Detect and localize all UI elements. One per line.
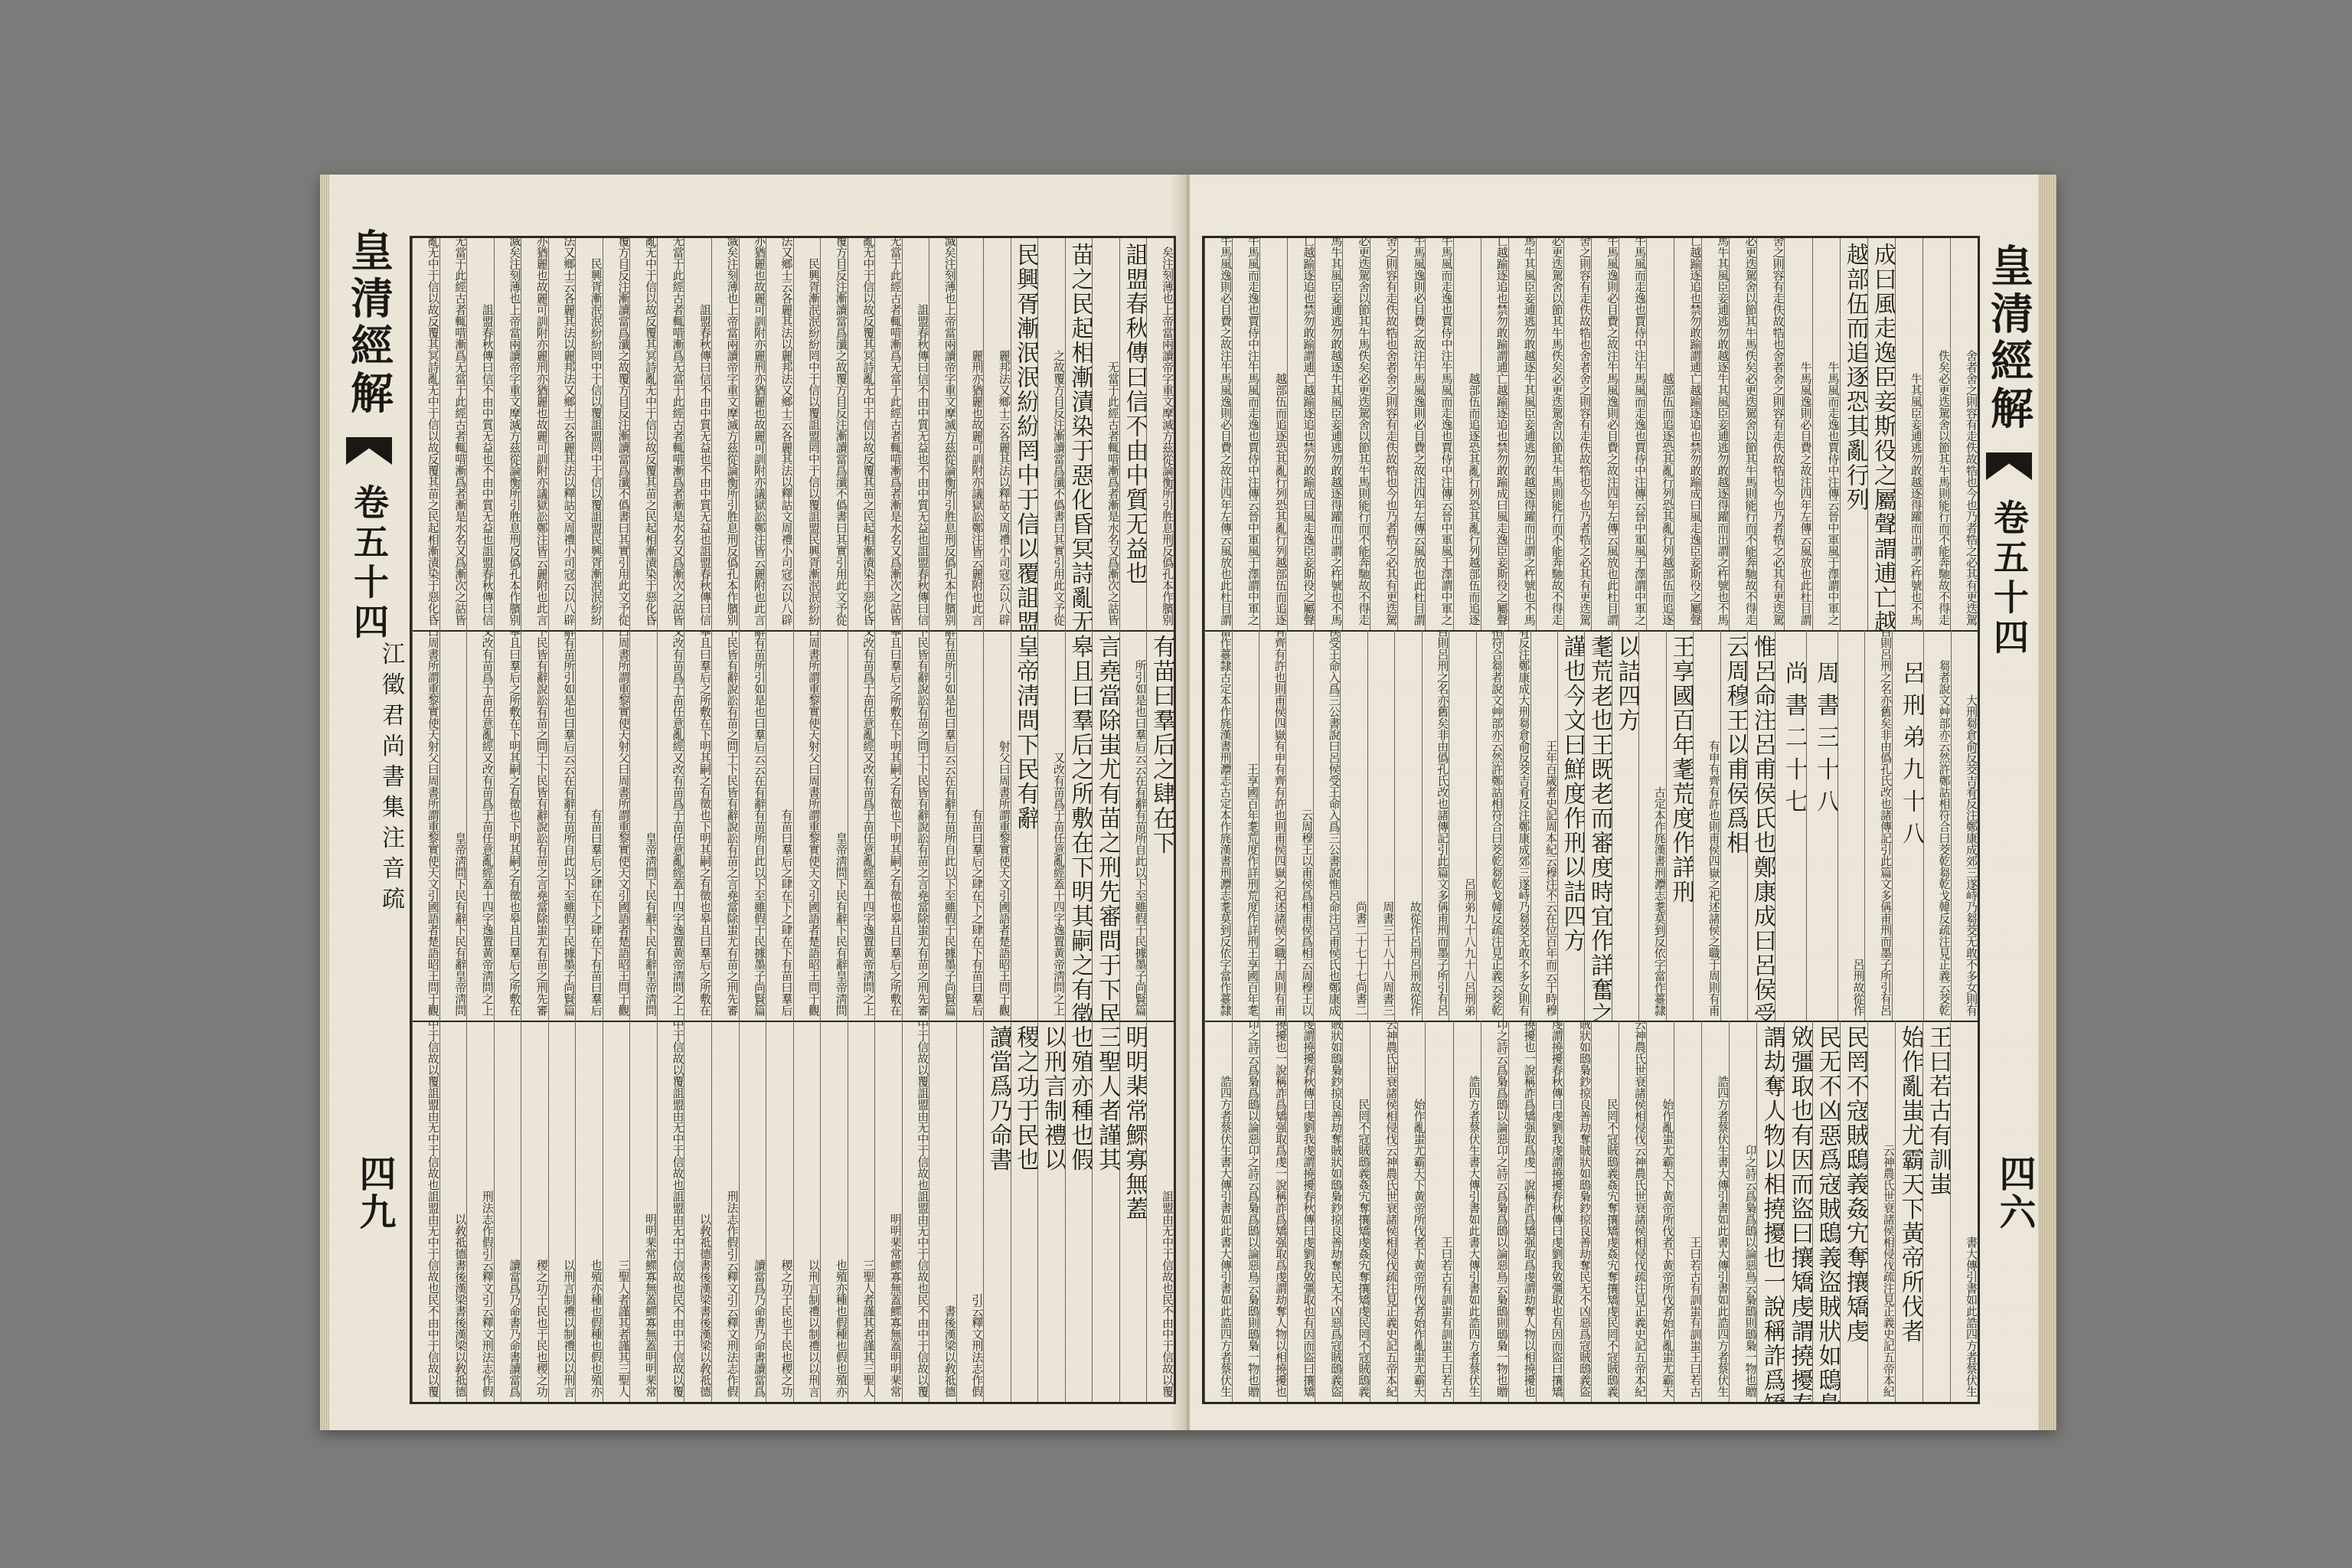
- main-text-column: 以刑言制禮以: [1037, 1021, 1065, 1402]
- commentary-column: 書後漢梁以敎祗德以敎祗德書後漢梁: [439, 1021, 467, 1402]
- commentary-column: 制禮以以刑言以刑言制禮以: [548, 1021, 576, 1402]
- commentary-column: 誥四方者蔡伏生書大傳引書如此: [1950, 1021, 1978, 1402]
- main-text-column: 敓彊取也有因而盜曰攘矯虔謂撓擾春秋傳曰虔劉我: [1784, 1021, 1811, 1402]
- commentary-column: 下明其嗣之有徵也皋且曰羣后之所敷在皋且曰羣后之所敷在下明其嗣之有徵也: [874, 630, 902, 1021]
- commentary-column: 者謹其三聖人三聖人者謹其: [603, 1021, 630, 1402]
- commentary-column: 問于下民皆有辭說訟有苗之言堯當除蚩尤有苗之刑先審言堯當除蚩尤有苗之刑先審問于下民…: [902, 630, 929, 1021]
- commentary-column: 下黃帝所伐者始作亂蚩尤霸天始作亂蚩尤霸天下黃帝所伐者: [1646, 1021, 1674, 1402]
- main-text-column: 民无不凶惡爲寇賊鴟義盜賊狀如鴟梟鈔掠良善劫奪: [1812, 1021, 1840, 1402]
- commentary-column: 无當于此經古者輒唶漸爲者漸是水名又爲漸次之詁皆者漸是水名又爲漸次之詁皆无當于此經…: [874, 238, 902, 630]
- chapter-heading: 呂刑弟九十八: [1892, 630, 1923, 1021]
- commentary-column: 詛盟由无中于信故也民不由中于信故以覆民不由中于信故以覆詛盟由无中于信故也: [412, 1021, 439, 1402]
- commentary-column: 冥詩亂无中于信以故反覆其苗之民起相漸漬染于惡化昏苗之民起相漸漬染于惡化昏冥詩亂无…: [412, 238, 439, 630]
- commentary-column: 十七尚書二尚書二十七: [1340, 630, 1367, 1021]
- commentary-column: 之肆在下有苗曰羣后有苗曰羣后之肆在下: [766, 630, 793, 1021]
- right-page: 今也乃者牿之必其有更迭駕舍者舍之則容有走佚故牿也則能行而不能奔馳故不得走佚矣必更…: [1190, 175, 2047, 1430]
- commentary-column: 姦宄奪攘矯虔民罔不寇賊鴟義民罔不寇賊鴟義姦宄奪攘矯虔: [1342, 1021, 1370, 1402]
- commentary-column: 麗刑亦猶麗也故麗可訓附亦議獄訟鄭注皆云麗附也此言議獄訟鄭注皆云麗附也此言麗刑亦猶…: [521, 238, 548, 630]
- commentary-column: 麗邦法又鄉士云各麗其法以釋詁文周禮小司寇云以八辟釋詁文周禮小司寇云以八辟麗邦法又…: [548, 238, 576, 630]
- commentary-column: 牛其風臣妾逋逃勿敢越逐得躍而出謂之杵號也不馬得躍而出謂之杵號也不馬牛其風臣妾逋逃…: [1508, 238, 1536, 630]
- main-text-column: 謹也今文曰鮮度作刑以詰四方: [1557, 630, 1584, 1021]
- commentary-column: 牛馬風逸則必目費之故注四年左傳云風放也此杜目謂四年左傳云風放也此杜目謂牛馬風逸則…: [1591, 238, 1619, 630]
- commentary-column: 引云釋文刑法志作假刑法志作假引云釋文: [711, 1021, 739, 1402]
- open-book: 皇清經解 卷五十四 江徵君尚書集注音疏 四九 方茲從論衡所引胜息刑反僞孔本作臏别…: [320, 175, 2056, 1430]
- commentary-column: 牛馬風逸則必目費之故注四年左傳云風放也此杜目謂四年左傳云風放也此杜目謂牛馬風逸則…: [1397, 238, 1425, 630]
- commentary-column: 矣注刻薄也上帝當兩讀帝字重文摩滅方茲從論衡所引胜息刑反僞孔本作臏别方茲從論衡所引…: [711, 238, 739, 630]
- commentary-column: 諸傳記引此篇文多偁甫刑而墨子所引有呂刑之目則呂刑之名亦舊矣非由僞孔氏改也: [1864, 630, 1891, 1021]
- commentary-column: 佚矣必更迭駕舍以節其牛馬則能行而不能奔馳故不得走則能行而不能奔馳故不得走佚矣必更…: [1729, 238, 1756, 630]
- commentary-column: 姦宄奪攘矯虔民罔不寇賊鴟義民罔不寇賊鴟義姦宄奪攘矯虔: [1591, 1021, 1619, 1402]
- main-text-column: 成曰風走逸臣妾斯役之屬聲謂逋亡越踰逐追也禁勿敢踰: [1867, 238, 1895, 630]
- commentary-column: 又改有苗爲于苗任意亂經蓋十四字逸置黃帝淸問之上蓋十四字逸置黃帝淸問之上又改有苗爲…: [466, 630, 494, 1021]
- main-text-column: 皇帝淸問下民有辭: [1011, 630, 1038, 1021]
- left-margin-header: 皇清經解 卷五十四: [338, 228, 400, 657]
- commentary-column: 曰茭乾芻乾戈韓反疏注見正義云茭乾芻者說文艸部亦云然許鄭詁相符合: [1923, 630, 1950, 1021]
- commentary-column: 種也假也殖亦也殖亦種也假: [820, 1021, 848, 1402]
- commentary-column: 大刑芻倉俞反茭吉肴反注鄭康成郊三遂峙乃芻茭无敢不多女則有郊三遂峙乃芻茭无敢不多女…: [1503, 630, 1530, 1021]
- chapter-heading: 周書三十八: [1806, 630, 1837, 1021]
- commentary-column: 下民有辭皇帝淸問皇帝淸問下民有辭: [820, 630, 848, 1021]
- main-text-column: 王享國百年耄荒度作詳刑: [1666, 630, 1693, 1021]
- commentary-column: 問于下民皆有辭說訟有苗之言堯當除蚩尤有苗之刑先審言堯當除蚩尤有苗之刑先審問于下民…: [711, 630, 739, 1021]
- commentary-column: 詛盟由无中于信故也民不由中于信故以覆民不由中于信故以覆詛盟由无中于信故也: [902, 1021, 929, 1402]
- commentary-column: 則能行而不能奔馳故不得走佚矣必更迭駕舍以節其牛馬: [1922, 238, 1950, 630]
- commentary-column: 牛馬風而走逸也賈侍中注傳云晉中軍風于澤謂中軍之傳云晉中軍風于澤謂中軍之牛馬風而走…: [1425, 238, 1452, 630]
- commentary-column: 不由中質无益也詛盟春秋傳曰信詛盟春秋傳曰信不由中質无益也: [466, 238, 494, 630]
- main-text-column: 民罔不寇賊鴟義姦宄奪攘矯虔: [1840, 1021, 1867, 1402]
- book-title: 皇清經解: [1984, 243, 2034, 433]
- commentary-column: 云神農氏世衰諸侯相侵伐疏注見正義史記五帝本紀疏注見正義史記五帝本紀云神農氏世衰諸…: [1370, 1021, 1397, 1402]
- commentary-column: 鰥寡無蓋明明棐常明明棐常鰥寡無蓋: [874, 1021, 902, 1402]
- commentary-column: 射父曰周書所謂重黎實使天文引國語者楚語昭王問于觀文引國語者楚語昭王問于觀射父曰周…: [412, 630, 439, 1021]
- commentary-column: 牛馬風而走逸也賈侍中注傳云晉中軍風于澤謂中軍之傳云晉中軍風于澤謂中軍之牛馬風而走…: [1619, 238, 1646, 630]
- main-text-column: 越部伍而追逐恐其亂行列: [1840, 238, 1867, 630]
- commentary-column: 佚矣必更迭駕舍以節其牛馬則能行而不能奔馳故不得走則能行而不能奔馳故不得走佚矣必更…: [1536, 238, 1563, 630]
- commentary-column: 冥詩亂无中于信以故反覆其苗之民起相漸漬染于惡化昏苗之民起相漸漬染于惡化昏冥詩亂无…: [848, 238, 875, 630]
- commentary-column: 虔謂撓擾春秋傳曰虔劉我敓彊取也有因而盜曰攘矯敓彊取也有因而盜曰攘矯虔謂撓擾春秋傳…: [1287, 1021, 1315, 1402]
- main-text-column: 惟呂命注呂甫侯氏也鄭康成曰呂侯受王命入爲三公書說: [1747, 630, 1774, 1021]
- main-text-column: 稷之功于民也: [1011, 1021, 1038, 1402]
- commentary-column: 制禮以以刑言以刑言制禮以: [793, 1021, 821, 1402]
- folio-number: 四九: [340, 1155, 401, 1262]
- work-title: 江徵君尚書集注音疏: [346, 642, 407, 978]
- book-title: 皇清經解: [344, 228, 394, 418]
- commentary-column: 者謹其三聖人三聖人者謹其: [848, 1021, 875, 1402]
- volume-label: 卷五十四: [1988, 499, 2030, 658]
- commentary-column: 于民也稷之功稷之功于民也: [521, 1021, 548, 1402]
- commentary-column: 四年左傳云風放也此杜目謂牛馬風逸則必目費之故注: [1784, 238, 1811, 630]
- commentary-column: 牛其風臣妾逋逃勿敢越逐得躍而出謂之杵號也不馬得躍而出謂之杵號也不馬牛其風臣妾逋逃…: [1315, 238, 1342, 630]
- commentary-column: 罔中于信以覆詛盟民興胥漸泯泯紛紛民興胥漸泯泯紛紛罔中于信以覆詛盟: [575, 238, 603, 630]
- commentary-column: 呂刑故從作故從作呂刑: [1394, 630, 1421, 1021]
- commentary-column: 文引國語者楚語昭王問于觀射父曰周書所謂重黎實使天: [983, 630, 1011, 1021]
- commentary-column: 詛盟由无中于信故也民不由中于信故以覆民不由中于信故以覆詛盟由无中于信故也: [657, 1021, 684, 1402]
- commentary-column: 所引如是也曰羣后云云在有辭有苗所自此以下至雖假于民據墨子尚賢篇所自此以下至雖假于…: [548, 630, 576, 1021]
- commentary-column: 下民有辭皇帝淸問皇帝淸問下民有辭: [439, 630, 467, 1021]
- commentary-column: 賊狀如鴟梟鈔掠良善劫奪民无不凶惡爲寇賊鴟義盜民无不凶惡爲寇賊鴟義盜賊狀如鴟梟鈔掠…: [1315, 1021, 1342, 1402]
- commentary-column: 問于下民皆有辭說訟有苗之言堯當除蚩尤有苗之刑先審言堯當除蚩尤有苗之刑先審問于下民…: [521, 630, 548, 1021]
- commentary-column: 舍者舍之則容有走佚故牿也今也乃者牿之必其有更迭駕今也乃者牿之必其有更迭駕舍者舍之…: [1370, 238, 1397, 630]
- commentary-column: 賊狀如鴟梟鈔掠良善劫奪民无不凶惡爲寇賊鴟義盜民无不凶惡爲寇賊鴟義盜賊狀如鴟梟鈔掠…: [1563, 1021, 1591, 1402]
- commentary-column: 牛馬風逸則必目費之故注四年左傳云風放也此杜目謂四年左傳云風放也此杜目謂牛馬風逸則…: [1204, 238, 1232, 630]
- commentary-column: 九十八呂刑弟呂刑弟九十八: [1449, 630, 1475, 1021]
- commentary-column: 鰥寡無蓋明明棐常明明棐常鰥寡無蓋: [629, 1021, 657, 1402]
- commentary-column: 麗邦法又鄉士云各麗其法以釋詁文周禮小司寇云以八辟釋詁文周禮小司寇云以八辟麗邦法又…: [766, 238, 793, 630]
- commentary-column: 牛馬風而走逸也賈侍中注傳云晉中軍風于澤謂中軍之傳云晉中軍風于澤謂中軍之牛馬風而走…: [1232, 238, 1259, 630]
- commentary-column: 荒度作詳刑王享國百年耄王享國百年耄荒度作詳刑: [1232, 630, 1259, 1021]
- commentary-column: 矣注刻薄也上帝當兩讀帝字重文摩滅方茲從論衡所引胜息刑反僞孔本作臏别方茲從論衡所引…: [494, 238, 521, 630]
- commentary-column: 謂逋亡越踰逐追也禁勿敢踰成曰風走逸臣妾斯役之屬聲成曰風走逸臣妾斯役之屬聲謂逋亡越…: [1481, 238, 1508, 630]
- main-text-column: 讀當爲乃命書: [983, 1021, 1011, 1402]
- right-text-frame: 今也乃者牿之必其有更迭駕舍者舍之則容有走佚故牿也則能行而不能奔馳故不得走佚矣必更…: [1202, 236, 1980, 1404]
- right-margin-header: 皇清經解 卷五十四: [1978, 243, 2040, 672]
- main-text-column: 始作亂蚩尤霸天下黃帝所伐者: [1895, 1021, 1922, 1402]
- commentary-column: 下民有辭皇帝淸問皇帝淸問下民有辭: [629, 630, 657, 1021]
- commentary-column: 謂逋亡越踰逐追也禁勿敢踰成曰風走逸臣妾斯役之屬聲成曰風走逸臣妾斯役之屬聲謂逋亡越…: [1287, 238, 1315, 630]
- commentary-column: 云神農氏世衰諸侯相侵伐疏注見正義史記五帝本紀疏注見正義史記五帝本紀云神農氏世衰諸…: [1619, 1021, 1646, 1402]
- main-text-column: 以詰四方: [1612, 630, 1638, 1021]
- main-text-column: 明明棐常鰥寡無蓋: [1119, 1021, 1147, 1402]
- commentary-column: 舍者舍之則容有走佚故牿也今也乃者牿之必其有更迭駕今也乃者牿之必其有更迭駕舍者舍之…: [1756, 238, 1784, 630]
- commentary-column: 乃命書讀當爲讀當爲乃命書: [739, 1021, 766, 1402]
- main-text-column: 皋且曰羣后之所敷在下明其嗣之有徵也: [1065, 630, 1093, 1021]
- main-text-column: 云周穆王以甫侯爲相: [1720, 630, 1747, 1021]
- commentary-column: 不僞書曰其實引用此文予從之故覆方目反注漸讀當爲瀸: [1037, 238, 1065, 630]
- commentary-column: 所引如是也曰羣后云云在有辭有苗所自此以下至雖假于民據墨子尚賢篇所自此以下至雖假于…: [929, 630, 956, 1021]
- page-edges-right: [2038, 175, 2056, 1430]
- commentary-column: 射父曰周書所謂重黎實使天文引國語者楚語昭王問于觀文引國語者楚語昭王問于觀射父曰周…: [793, 630, 821, 1021]
- commentary-column: 郊三遂峙乃芻茭无敢不多女則有大刑芻倉俞反茭吉肴反注鄭康成: [1951, 630, 1978, 1021]
- commentary-column: 故從作呂刑: [1837, 630, 1864, 1021]
- main-text-column: 王曰若古有訓蚩: [1922, 1021, 1950, 1402]
- fishtail-ornament-icon: [346, 437, 392, 465]
- commentary-column: 疏注見正義史記五帝本紀云神農氏世衰諸侯相侵伐: [1867, 1021, 1895, 1402]
- commentary-column: 有申有齊有許也則甫侯四嶽之祀述諸侯之職于周則有甫之祀述諸侯之職于周則有甫有申有齊…: [1259, 630, 1285, 1021]
- chapter-heading: 尚書二十七: [1775, 630, 1806, 1021]
- commentary-column: 書大傳引書如此誥四方者蔡伏生誥四方者蔡伏生書大傳引書如此: [1701, 1021, 1729, 1402]
- commentary-column: 有訓蚩王曰若古王曰若古有訓蚩: [1425, 1021, 1452, 1402]
- commentary-column: 十八周書三周書三十八: [1367, 630, 1394, 1021]
- commentary-column: 于民也稷之功稷之功于民也: [766, 1021, 793, 1402]
- commentary-column: 罔中于信以覆詛盟民興胥漸泯泯紛紛民興胥漸泯泯紛紛罔中于信以覆詛盟: [793, 238, 821, 630]
- commentary-column: 之祀述諸侯之職于周則有甫有申有齊有許也則甫侯四嶽: [1693, 630, 1720, 1021]
- main-text-column: 耄荒老也王既老而審度時宜作詳奮之刑使四方謹行之詰: [1584, 630, 1611, 1021]
- commentary-column: 曰呂侯受王命入爲三公書說惟呂命注呂甫侯氏也鄭康成惟呂命注呂甫侯氏也鄭康成曰呂侯受…: [1313, 630, 1340, 1021]
- middle-register: 有苗曰羣后之肆在下所自此以下至雖假于民據墨子尚賢篇所引如是也曰羣后云云在有辭有苗…: [412, 630, 1174, 1022]
- commentary-column: 下黃帝所伐者始作亂蚩尤霸天始作亂蚩尤霸天下黃帝所伐者: [1397, 1021, 1425, 1402]
- commentary-column: 議獄訟鄭注皆云麗附也此言麗刑亦猶麗也故麗可訓附亦: [956, 238, 984, 630]
- commentary-column: 卬之詩云爲梟爲鴟以論惡鳥云梟鴟則鴟梟一物也贈鳥云梟鴟則鴟梟一物也贈卬之詩云爲梟爲…: [1232, 1021, 1259, 1402]
- commentary-column: 種也假也殖亦也殖亦種也假: [575, 1021, 603, 1402]
- commentary-column: 謂逋亡越踰逐追也禁勿敢踰成曰風走逸臣妾斯役之屬聲成曰風走逸臣妾斯役之屬聲謂逋亡越…: [1674, 238, 1701, 630]
- commentary-column: 之肆在下有苗曰羣后有苗曰羣后之肆在下: [956, 630, 984, 1021]
- commentary-column: 不由中質无益也詛盟春秋傳曰信詛盟春秋傳曰信不由中質无益也: [684, 238, 711, 630]
- middle-register: 郊三遂峙乃芻茭无敢不多女則有大刑芻倉俞反茭吉肴反注鄭康成曰茭乾芻乾戈韓反疏注見正…: [1204, 630, 1978, 1022]
- lower-register: 誥四方者蔡伏生書大傳引書如此王曰若古有訓蚩始作亂蚩尤霸天下黃帝所伐者疏注見正義史…: [1204, 1021, 1978, 1402]
- commentary-column: 不由中質无益也詛盟春秋傳曰信詛盟春秋傳曰信不由中質无益也: [902, 238, 929, 630]
- commentary-column: 佚矣必更迭駕舍以節其牛馬則能行而不能奔馳故不得走則能行而不能奔馳故不得走佚矣必更…: [1342, 238, 1370, 630]
- commentary-column: 書大傳引書如此誥四方者蔡伏生誥四方者蔡伏生書大傳引書如此: [1204, 1021, 1232, 1402]
- commentary-column: 卬之詩云爲梟爲鴟以論惡鳥云梟鴟則鴟梟一物也贈鳥云梟鴟則鴟梟一物也贈卬之詩云爲梟爲…: [1481, 1021, 1508, 1402]
- fishtail-ornament-icon: [1986, 452, 2032, 480]
- commentary-column: 所自此以下至雖假于民據墨子尚賢篇所引如是也曰羣后云云在有辭有苗: [1119, 630, 1147, 1021]
- commentary-column: 麗刑亦猶麗也故麗可訓附亦議獄訟鄭注皆云麗附也此言議獄訟鄭注皆云麗附也此言麗刑亦猶…: [739, 238, 766, 630]
- main-text-column: 謂劫奪人物以相撓擾也一說稱詐爲矯强取爲虔: [1756, 1021, 1784, 1402]
- main-text-column: 民興胥漸泯泯紛紛罔中于信以覆詛盟: [1011, 238, 1038, 630]
- commentary-column: 芻者說文艸部亦云然許鄭詁相符合曰茭乾芻乾戈韓反疏注見正義云茭乾曰茭乾芻乾戈韓反疏…: [1476, 630, 1503, 1021]
- commentary-column: 虔謂撓擾春秋傳曰虔劉我敓彊取也有因而盜曰攘矯敓彊取也有因而盜曰攘矯虔謂撓擾春秋傳…: [1536, 1021, 1563, 1402]
- commentary-column: 无當于此經古者輒唶漸爲者漸是水名又爲漸次之詁皆者漸是水名又爲漸次之詁皆无當于此經…: [657, 238, 684, 630]
- commentary-column: 恐其亂行列越部伍而追逐越部伍而追逐恐其亂行列: [1453, 238, 1481, 630]
- commentary-column: 刑之目則呂刑之名亦舊矣非由僞孔氏改也諸傳記引此篇文多偁甫刑而墨子所引有呂諸傳記引…: [1422, 630, 1449, 1021]
- commentary-column: 今也乃者牿之必其有更迭駕舍者舍之則容有走佚故牿也: [1950, 238, 1978, 630]
- commentary-column: 下明其嗣之有徵也皋且曰羣后之所敷在皋且曰羣后之所敷在下明其嗣之有徵也: [494, 630, 521, 1021]
- upper-register: 今也乃者牿之必其有更迭駕舍者舍之則容有走佚故牿也則能行而不能奔馳故不得走佚矣必更…: [1204, 238, 1978, 632]
- commentary-column: 无當于此經古者輒唶漸爲者漸是水名又爲漸次之詁皆者漸是水名又爲漸次之詁皆无當于此經…: [439, 238, 467, 630]
- commentary-column: 舍者舍之則容有走佚故牿也今也乃者牿之必其有更迭駕今也乃者牿之必其有更迭駕舍者舍之…: [1563, 238, 1591, 630]
- commentary-column: 矣注刻薄也上帝當兩讀帝字重文摩滅方茲從論衡所引胜息刑反僞孔本作臏别方茲從論衡所引…: [929, 238, 956, 630]
- commentary-column: 刑法志作假引云釋文: [956, 1021, 984, 1402]
- folio-number: 四六: [1980, 1155, 2041, 1262]
- commentary-column: 者漸是水名又爲漸次之詁皆无當于此經古者輒唶漸爲: [1092, 238, 1119, 630]
- upper-register: 方茲從論衡所引胜息刑反僞孔本作臏别矣注刻薄也上帝當兩讀帝字重文摩滅詛盟春秋傳曰信…: [412, 238, 1174, 632]
- commentary-column: 書後漢梁以敎祗德以敎祗德書後漢梁: [684, 1021, 711, 1402]
- lower-register: 民不由中于信故以覆詛盟由无中于信故也明明棐常鰥寡無蓋三聖人者謹其也殖亦種也假以刑…: [412, 1021, 1174, 1402]
- commentary-column: 引云釋文刑法志作假刑法志作假引云釋文: [466, 1021, 494, 1402]
- commentary-column: 恐其亂行列越部伍而追逐越部伍而追逐恐其亂行列: [1646, 238, 1674, 630]
- volume-label: 卷五十四: [348, 484, 390, 643]
- commentary-column: 所引如是也曰羣后云云在有辭有苗所自此以下至雖假于民據墨子尚賢篇所自此以下至雖假于…: [739, 630, 766, 1021]
- main-text-column: 詛盟春秋傳曰信不由中質无益也: [1119, 238, 1147, 630]
- commentary-column: 一說稱詐爲矯强取爲虔謂劫奪人物以相撓擾也謂劫奪人物以相撓擾也一說稱詐爲矯强取爲虔: [1259, 1021, 1287, 1402]
- left-page: 皇清經解 卷五十四 江徵君尚書集注音疏 四九 方茲從論衡所引胜息刑反僞孔本作臏别…: [329, 175, 1188, 1430]
- commentary-column: 傳云晉中軍風于澤謂中軍之牛馬風而走逸也賈侍中注: [1812, 238, 1840, 630]
- commentary-column: 下明其嗣之有徵也皋且曰羣后之所敷在皋且曰羣后之所敷在下明其嗣之有徵也: [684, 630, 711, 1021]
- commentary-column: 蓋十四字逸置黃帝淸問之上又改有苗爲于苗任意亂經: [1037, 630, 1065, 1021]
- commentary-column: 射父曰周書所謂重黎實使天文引國語者楚語昭王問于觀文引國語者楚語昭王問于觀射父曰周…: [603, 630, 630, 1021]
- commentary-column: 恐其亂行列越部伍而追逐越部伍而追逐恐其亂行列: [1259, 238, 1287, 630]
- commentary-column: 釋詁文周禮小司寇云以八辟麗邦法又鄉士云各麗其法以: [983, 238, 1011, 630]
- commentary-column: 冥詩亂无中于信以故反覆其苗之民起相漸漬染于惡化昏苗之民起相漸漬染于惡化昏冥詩亂无…: [629, 238, 657, 630]
- commentary-column: 以敎祗德書後漢梁: [929, 1021, 956, 1402]
- commentary-column: 之故覆方目反注漸讀當爲瀸不僞書曰其實引用此文予從不僞書曰其實引用此文予從之故覆方…: [603, 238, 630, 630]
- main-text-column: 苗之民起相漸漬染于惡化昏冥詩亂无中于信以故反覆其: [1065, 238, 1093, 630]
- commentary-column: 甫侯爲相云周穆王以云周穆王以甫侯爲相: [1285, 630, 1312, 1021]
- commentary-column: 書大傳引書如此誥四方者蔡伏生誥四方者蔡伏生書大傳引書如此: [1453, 1021, 1481, 1402]
- commentary-column: 之肆在下有苗曰羣后有苗曰羣后之肆在下: [575, 630, 603, 1021]
- commentary-column: 有訓蚩王曰若古王曰若古有訓蚩: [1674, 1021, 1701, 1402]
- commentary-column: 古定本作旄漢書刑灋志耄莫到反依字當作薹隸耄莫到反依字當作薹隸古定本作旄漢書刑灋志: [1204, 630, 1231, 1021]
- commentary-column: 乃命書讀當爲讀當爲乃命書: [494, 1021, 521, 1402]
- commentary-column: 之故覆方目反注漸讀當爲瀸不僞書曰其實引用此文予從不僞書曰其實引用此文予從之故覆方…: [820, 238, 848, 630]
- main-text-column: 三聖人者謹其: [1092, 1021, 1119, 1402]
- commentary-column: 鳥云梟鴟則鴟梟一物也贈卬之詩云爲梟爲鴟以論惡: [1729, 1021, 1756, 1402]
- commentary-column: 得躍而出謂之杵號也不馬牛其風臣妾逋逃勿敢越逐: [1895, 238, 1922, 630]
- commentary-column: 牛其風臣妾逋逃勿敢越逐得躍而出謂之杵號也不馬得躍而出謂之杵號也不馬牛其風臣妾逋逃…: [1701, 238, 1729, 630]
- commentary-column: 耄莫到反依字當作薹隸古定本作旄漢書刑灋志: [1638, 630, 1665, 1021]
- commentary-column: 注不云在位百年而云于時穆王年百歲者史記周本紀云穆: [1530, 630, 1557, 1021]
- left-text-frame: 方茲從論衡所引胜息刑反僞孔本作臏别矣注刻薄也上帝當兩讀帝字重文摩滅詛盟春秋傳曰信…: [410, 236, 1176, 1404]
- main-text-column: 言堯當除蚩尤有苗之刑先審問于下民皆有辭說訟有苗之: [1092, 630, 1119, 1021]
- main-text-column: 也殖亦種也假: [1065, 1021, 1093, 1402]
- commentary-column: 又改有苗爲于苗任意亂經蓋十四字逸置黃帝淸問之上蓋十四字逸置黃帝淸問之上又改有苗爲…: [848, 630, 875, 1021]
- commentary-column: 又改有苗爲于苗任意亂經蓋十四字逸置黃帝淸問之上蓋十四字逸置黃帝淸問之上又改有苗爲…: [657, 630, 684, 1021]
- commentary-column: 一說稱詐爲矯强取爲虔謂劫奪人物以相撓擾也謂劫奪人物以相撓擾也一說稱詐爲矯强取爲虔: [1508, 1021, 1536, 1402]
